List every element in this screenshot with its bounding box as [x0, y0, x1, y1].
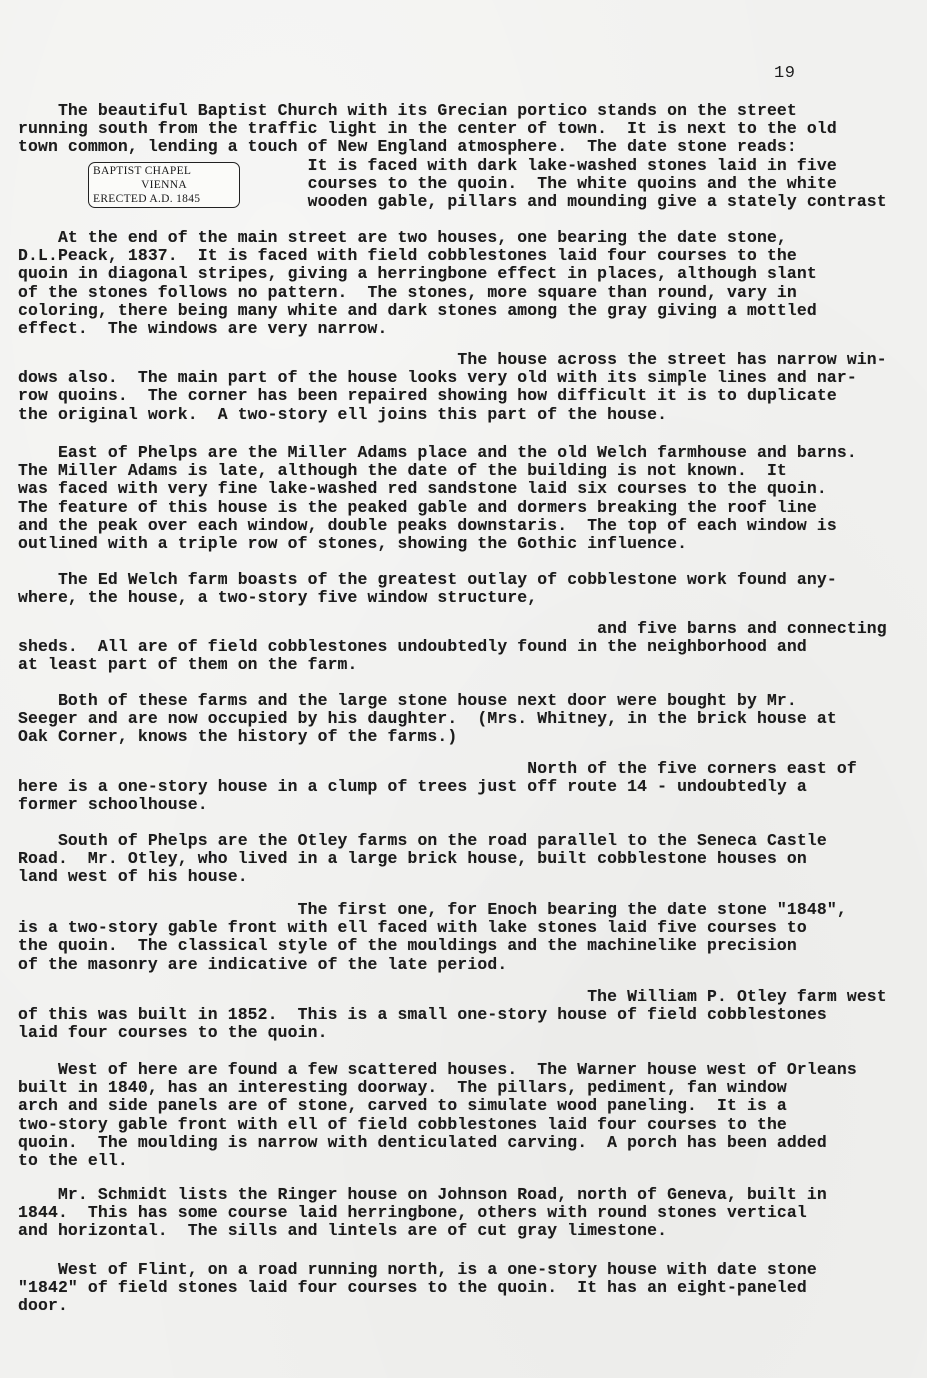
text-line: where, the house, a two-story five windo… — [18, 589, 918, 607]
paragraph-seeger: Both of these farms and the large stone … — [18, 692, 918, 747]
text-line: at least part of them on the farm. — [18, 656, 918, 674]
text-line: dows also. The main part of the house lo… — [18, 369, 918, 387]
text-line: the quoin. The classical style of the mo… — [18, 937, 918, 955]
text-line: is a two-story gable front with ell face… — [18, 919, 918, 937]
text-line: The Ed Welch farm boasts of the greatest… — [18, 571, 918, 589]
text-line: running south from the traffic light in … — [18, 120, 918, 138]
text-line: The first one, for Enoch bearing the dat… — [18, 901, 918, 919]
text-line: effect. The windows are very narrow. — [18, 320, 918, 338]
text-line: "1842" of field stones laid four courses… — [18, 1279, 918, 1297]
text-line: Seeger and are now occupied by his daugh… — [18, 710, 918, 728]
text-line: here is a one-story house in a clump of … — [18, 778, 918, 796]
text-line: Both of these farms and the large stone … — [18, 692, 918, 710]
text-line: quoin. The moulding is narrow with denti… — [18, 1134, 918, 1152]
text-line: coloring, there being many white and dar… — [18, 302, 918, 320]
text-line: quoin in diagonal stripes, giving a herr… — [18, 265, 918, 283]
paragraph-peack-house: At the end of the main street are two ho… — [18, 229, 918, 338]
text-line: town common, lending a touch of New Engl… — [18, 138, 918, 156]
paragraph-flint-house: West of Flint, on a road running north, … — [18, 1261, 918, 1316]
text-line: and the peak over each window, double pe… — [18, 517, 918, 535]
text-line: the original work. A two-story ell joins… — [18, 406, 918, 424]
text-line: The house across the street has narrow w… — [18, 351, 918, 369]
paragraph-miller-adams: East of Phelps are the Miller Adams plac… — [18, 444, 918, 553]
text-line: wooden gable, pillars and mounding give … — [18, 193, 918, 211]
text-line: The beautiful Baptist Church with its Gr… — [18, 102, 918, 120]
text-line: land west of his house. — [18, 868, 918, 886]
text-line: two-story gable front with ell of field … — [18, 1116, 918, 1134]
text-line: East of Phelps are the Miller Adams plac… — [18, 444, 918, 462]
text-line: courses to the quoin. The white quoins a… — [18, 175, 918, 193]
paragraph-otley-farms: South of Phelps are the Otley farms on t… — [18, 832, 918, 887]
paragraph-baptist-church: The beautiful Baptist Church with its Gr… — [18, 102, 918, 211]
text-line: Oak Corner, knows the history of the far… — [18, 728, 918, 746]
text-line: sheds. All are of field cobblestones und… — [18, 638, 918, 656]
text-line: At the end of the main street are two ho… — [18, 229, 918, 247]
text-line: built in 1840, has an interesting doorwa… — [18, 1079, 918, 1097]
text-line: of this was built in 1852. This is a sma… — [18, 1006, 918, 1024]
paragraph-enoch-house: The first one, for Enoch bearing the dat… — [18, 901, 918, 974]
text-line: West of Flint, on a road running north, … — [18, 1261, 918, 1279]
text-line: of the stones follows no pattern. The st… — [18, 284, 918, 302]
paragraph-schoolhouse: North of the five corners east of here i… — [18, 760, 918, 815]
text-line: and five barns and connecting — [18, 620, 918, 638]
text-line: door. — [18, 1297, 918, 1315]
paragraph-ed-welch-part-1: The Ed Welch farm boasts of the greatest… — [18, 571, 918, 607]
text-line: row quoins. The corner has been repaired… — [18, 387, 918, 405]
text-line: outlined with a triple row of stones, sh… — [18, 535, 918, 553]
text-line: Road. Mr. Otley, who lived in a large br… — [18, 850, 918, 868]
paragraph-ringer-house: Mr. Schmidt lists the Ringer house on Jo… — [18, 1186, 918, 1241]
text-line: arch and side panels are of stone, carve… — [18, 1097, 918, 1115]
text-line: The Miller Adams is late, although the d… — [18, 462, 918, 480]
page-number: 19 — [774, 64, 795, 83]
text-line: 1844. This has some course laid herringb… — [18, 1204, 918, 1222]
text-line: It is faced with dark lake-washed stones… — [18, 157, 918, 175]
text-line: and horizontal. The sills and lintels ar… — [18, 1222, 918, 1240]
document-page: 19 BAPTIST CHAPEL VIENNA ERECTED A.D. 18… — [0, 0, 927, 1378]
text-line: North of the five corners east of — [18, 760, 918, 778]
text-line: laid four courses to the quoin. — [18, 1024, 918, 1042]
text-line: of the masonry are indicative of the lat… — [18, 956, 918, 974]
text-line: D.L.Peack, 1837. It is faced with field … — [18, 247, 918, 265]
paragraph-william-otley: The William P. Otley farm west of this w… — [18, 988, 918, 1043]
paragraph-ed-welch-part-2: and five barns and connecting sheds. All… — [18, 620, 918, 675]
text-line: former schoolhouse. — [18, 796, 918, 814]
text-line: Mr. Schmidt lists the Ringer house on Jo… — [18, 1186, 918, 1204]
text-line: West of here are found a few scattered h… — [18, 1061, 918, 1079]
paragraph-house-across: The house across the street has narrow w… — [18, 351, 918, 424]
text-line: was faced with very fine lake-washed red… — [18, 480, 918, 498]
text-line: The William P. Otley farm west — [18, 988, 918, 1006]
text-line: South of Phelps are the Otley farms on t… — [18, 832, 918, 850]
text-line: to the ell. — [18, 1152, 918, 1170]
text-line: The feature of this house is the peaked … — [18, 499, 918, 517]
paragraph-warner-house: West of here are found a few scattered h… — [18, 1061, 918, 1170]
